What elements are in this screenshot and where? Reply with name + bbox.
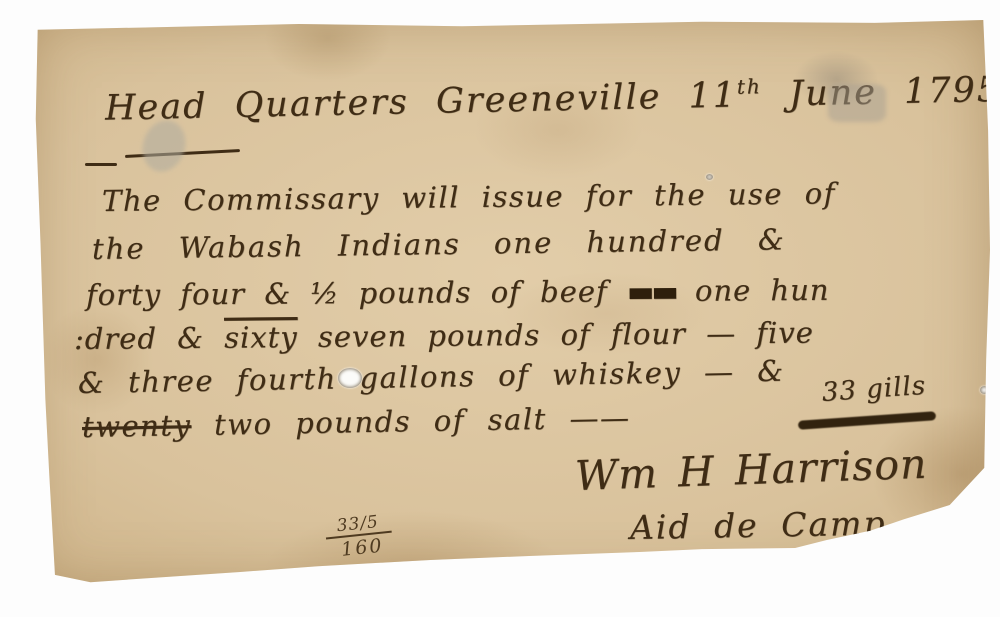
struck-word: twenty — [82, 408, 192, 444]
body-line-4: :dred & sixty seven pounds of flour — fi… — [74, 316, 814, 356]
pencil-denominator: 160 — [326, 531, 395, 563]
manuscript-paper: Head Quarters Greeneville 11th June 1795… — [30, 16, 990, 588]
body-line-4-tail: seven pounds of flour — five — [298, 316, 814, 355]
body-line-4-text: :dred & — [74, 321, 224, 356]
stain-top-right — [828, 84, 886, 122]
paper-speck — [706, 174, 713, 180]
body-line-3: forty four & ½ pounds of beef ▬▬ one hun — [86, 273, 830, 312]
body-line-3-tail: one hun — [676, 273, 830, 308]
paper-hole — [338, 368, 362, 388]
ink-blot-strikeout: ▬▬ — [627, 274, 676, 308]
ink-smear — [798, 411, 936, 430]
scan-background: Head Quarters Greeneville 11th June 1795… — [0, 0, 1000, 617]
body-line-2: the Wabash Indians one hundred & — [92, 222, 786, 266]
body-line-5: & three fourth gallons of whiskey — & — [78, 354, 785, 400]
gills-annotation: 33 gills — [821, 371, 927, 408]
heading-ordinal: th — [737, 74, 762, 99]
body-line-6: twenty two pounds of salt —— — [82, 400, 631, 444]
pencil-arithmetic: 33/5 160 — [324, 511, 395, 563]
signature-name: Wm H Harrison — [574, 440, 928, 500]
signature-title: Aid de Camp — [630, 504, 887, 547]
overlined-word: sixty — [224, 320, 298, 355]
body-line-3-text: forty four & ½ pounds of beef — [86, 274, 627, 312]
flourish-underline-short — [85, 163, 117, 166]
body-line-6-tail: two pounds of salt —— — [191, 400, 631, 442]
body-line-1: The Commissary will issue for the use of — [102, 176, 836, 218]
heading-pre: Head Quarters Greeneville 11 — [105, 75, 738, 128]
paper-speck — [980, 386, 989, 394]
